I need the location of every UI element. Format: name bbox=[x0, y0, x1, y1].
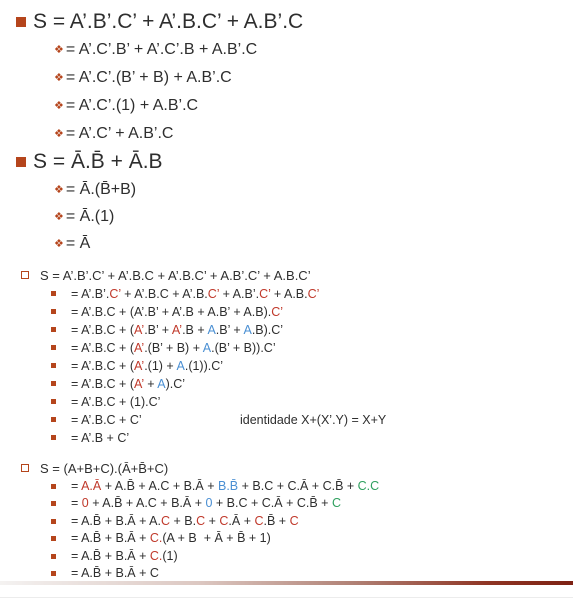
derivation-step: = A.B̄ + B.Ā + C.(1) bbox=[0, 548, 573, 566]
diamond-bullet-icon: ❖ bbox=[54, 36, 64, 64]
derivation-step: ❖= Ā bbox=[0, 230, 573, 257]
formula-text: S = Ā.B̄ + Ā.B bbox=[33, 148, 163, 176]
formula-text: = A’.B.C + (A’.B’ + A’.B + A.B’ + A.B).C… bbox=[71, 321, 283, 339]
derivation-step: = A’.B.C + (A’.(1) + A.(1)).C’ bbox=[0, 357, 573, 375]
formula-text: = A.B̄ + B.Ā + C bbox=[71, 565, 159, 583]
formula-text: = A’.B.C + C’ bbox=[71, 411, 142, 429]
formula-text: = A’.C’.B’ + A’.C’.B + A.B’.C bbox=[66, 36, 257, 64]
derivation-step: = A.Ā + A.B̄ + A.C + B.Ā + B.B̄ + B.C … bbox=[0, 478, 573, 496]
derivation-step: ❖= A’.C’ + A.B’.C bbox=[0, 120, 573, 148]
derivation-step: = A’.B’.C’ + A’.B.C + A’.B.C’ + A.B’.C’ … bbox=[0, 285, 573, 303]
slide-content: S = A’.B’.C’ + A’.B.C’ + A.B’.C❖= A’.C’.… bbox=[0, 0, 573, 583]
small-square-bullet-icon bbox=[51, 399, 56, 404]
equation-section: S = (A+B+C).(Ā+B̄+C)= A.Ā + A.B̄ + A.C… bbox=[0, 460, 573, 583]
derivation-step: ❖= A’.C’.(1) + A.B’.C bbox=[0, 92, 573, 120]
small-square-bullet-icon bbox=[51, 571, 56, 576]
formula-text: = A.B̄ + B.Ā + C.(1) bbox=[71, 548, 178, 566]
formula-text: = A’.B.C + (A’ + A).C’ bbox=[71, 375, 185, 393]
derivation-step: = A’.B.C + (1).C’ bbox=[0, 393, 573, 411]
formula-text: S = (A+B+C).(Ā+B̄+C) bbox=[40, 460, 168, 478]
filled-square-bullet-icon bbox=[16, 157, 26, 167]
formula-text: = 0 + A.B̄ + A.C + B.Ā + 0 + B.C + C.Ā… bbox=[71, 495, 341, 513]
formula-text: = A.Ā + A.B̄ + A.C + B.Ā + B.B̄ + B.C … bbox=[71, 478, 379, 496]
formula-text: = A’.C’.(1) + A.B’.C bbox=[66, 92, 198, 120]
small-square-bullet-icon bbox=[51, 435, 56, 440]
filled-square-bullet-icon bbox=[16, 17, 26, 27]
small-square-bullet-icon bbox=[51, 345, 56, 350]
derivation-step: = 0 + A.B̄ + A.C + B.Ā + 0 + B.C + C.Ā… bbox=[0, 495, 573, 513]
diamond-bullet-icon: ❖ bbox=[54, 120, 64, 148]
small-square-bullet-icon bbox=[51, 381, 56, 386]
diamond-bullet-icon: ❖ bbox=[54, 203, 64, 230]
formula-text: = A’.B.C + (A’.(B’ + B) + A.(B’ + B)).C’ bbox=[71, 339, 276, 357]
slide-bottom-edge bbox=[0, 597, 573, 598]
small-square-bullet-icon bbox=[51, 484, 56, 489]
diamond-bullet-icon: ❖ bbox=[54, 92, 64, 120]
equation-section: S = A’.B’.C’ + A’.B.C’ + A.B’.C❖= A’.C’.… bbox=[0, 8, 573, 148]
section-title: S = A’.B’.C’ + A’.B.C’ + A.B’.C bbox=[0, 8, 573, 36]
section-title: S = (A+B+C).(Ā+B̄+C) bbox=[0, 460, 573, 478]
derivation-step: = A’.B.C + (A’.(B’ + B) + A.(B’ + B)).C’ bbox=[0, 339, 573, 357]
derivation-step: = A.B̄ + B.Ā + C.(A + B + Ā + B̄ + 1) bbox=[0, 530, 573, 548]
equation-section: S = Ā.B̄ + Ā.B❖= Ā.(B̄+B)❖= Ā.(1)❖= … bbox=[0, 148, 573, 257]
formula-text: = A.B̄ + B.Ā + C.(A + B + Ā + B̄ + 1) bbox=[71, 530, 271, 548]
small-square-bullet-icon bbox=[51, 554, 56, 559]
formula-text: = A’.C’ + A.B’.C bbox=[66, 120, 174, 148]
formula-text: = A’.B + C’ bbox=[71, 429, 129, 447]
small-square-bullet-icon bbox=[51, 501, 56, 506]
section-title: S = Ā.B̄ + Ā.B bbox=[0, 148, 573, 176]
formula-text: = Ā.(1) bbox=[66, 203, 114, 230]
derivation-step: = A’.B + C’ bbox=[0, 429, 573, 447]
derivation-step: ❖= Ā.(B̄+B) bbox=[0, 176, 573, 203]
small-square-bullet-icon bbox=[51, 417, 56, 422]
derivation-step: ❖= Ā.(1) bbox=[0, 203, 573, 230]
identity-note: identidade X+(X’.Y) = X+Y bbox=[240, 411, 386, 429]
diamond-bullet-icon: ❖ bbox=[54, 64, 64, 92]
slide: S = A’.B’.C’ + A’.B.C’ + A.B’.C❖= A’.C’.… bbox=[0, 0, 573, 600]
derivation-step: = A’.B.C + C’identidade X+(X’.Y) = X+Y bbox=[0, 411, 573, 429]
derivation-step: ❖= A’.C’.(B’ + B) + A.B’.C bbox=[0, 64, 573, 92]
hollow-square-bullet-icon bbox=[21, 464, 29, 472]
formula-text: S = A’.B’.C’ + A’.B.C’ + A.B’.C bbox=[33, 8, 303, 36]
formula-text: = A.B̄ + B.Ā + A.C + B.C + C.Ā + C.B̄ … bbox=[71, 513, 299, 531]
formula-text: S = A’.B’.C’ + A’.B.C + A’.B.C’ + A.B’.C… bbox=[40, 267, 311, 285]
hollow-square-bullet-icon bbox=[21, 271, 29, 279]
small-square-bullet-icon bbox=[51, 309, 56, 314]
derivation-step: = A’.B.C + (A’.B’ + A’.B + A.B’ + A.B).C… bbox=[0, 321, 573, 339]
formula-text: = A’.B’.C’ + A’.B.C + A’.B.C’ + A.B’.C’ … bbox=[71, 285, 319, 303]
derivation-step: = A’.B.C + (A’ + A).C’ bbox=[0, 375, 573, 393]
formula-text: = A’.B.C + (A’.(1) + A.(1)).C’ bbox=[71, 357, 223, 375]
small-square-bullet-icon bbox=[51, 536, 56, 541]
formula-text: = A’.B.C + (1).C’ bbox=[71, 393, 160, 411]
derivation-step: = A.B̄ + B.Ā + C bbox=[0, 565, 573, 583]
equation-section: S = A’.B’.C’ + A’.B.C + A’.B.C’ + A.B’.C… bbox=[0, 267, 573, 447]
formula-text: = Ā bbox=[66, 230, 90, 257]
diamond-bullet-icon: ❖ bbox=[54, 176, 64, 203]
small-square-bullet-icon bbox=[51, 327, 56, 332]
derivation-step: ❖= A’.C’.B’ + A’.C’.B + A.B’.C bbox=[0, 36, 573, 64]
slide-footer-divider bbox=[0, 581, 573, 585]
formula-text: = Ā.(B̄+B) bbox=[66, 176, 136, 203]
formula-text: = A’.B.C + (A’.B’ + A’.B + A.B’ + A.B).C… bbox=[71, 303, 283, 321]
section-title: S = A’.B’.C’ + A’.B.C + A’.B.C’ + A.B’.C… bbox=[0, 267, 573, 285]
small-square-bullet-icon bbox=[51, 363, 56, 368]
derivation-step: = A.B̄ + B.Ā + A.C + B.C + C.Ā + C.B̄ … bbox=[0, 513, 573, 531]
small-square-bullet-icon bbox=[51, 519, 56, 524]
small-square-bullet-icon bbox=[51, 291, 56, 296]
formula-text: = A’.C’.(B’ + B) + A.B’.C bbox=[66, 64, 232, 92]
derivation-step: = A’.B.C + (A’.B’ + A’.B + A.B’ + A.B).C… bbox=[0, 303, 573, 321]
diamond-bullet-icon: ❖ bbox=[54, 230, 64, 257]
